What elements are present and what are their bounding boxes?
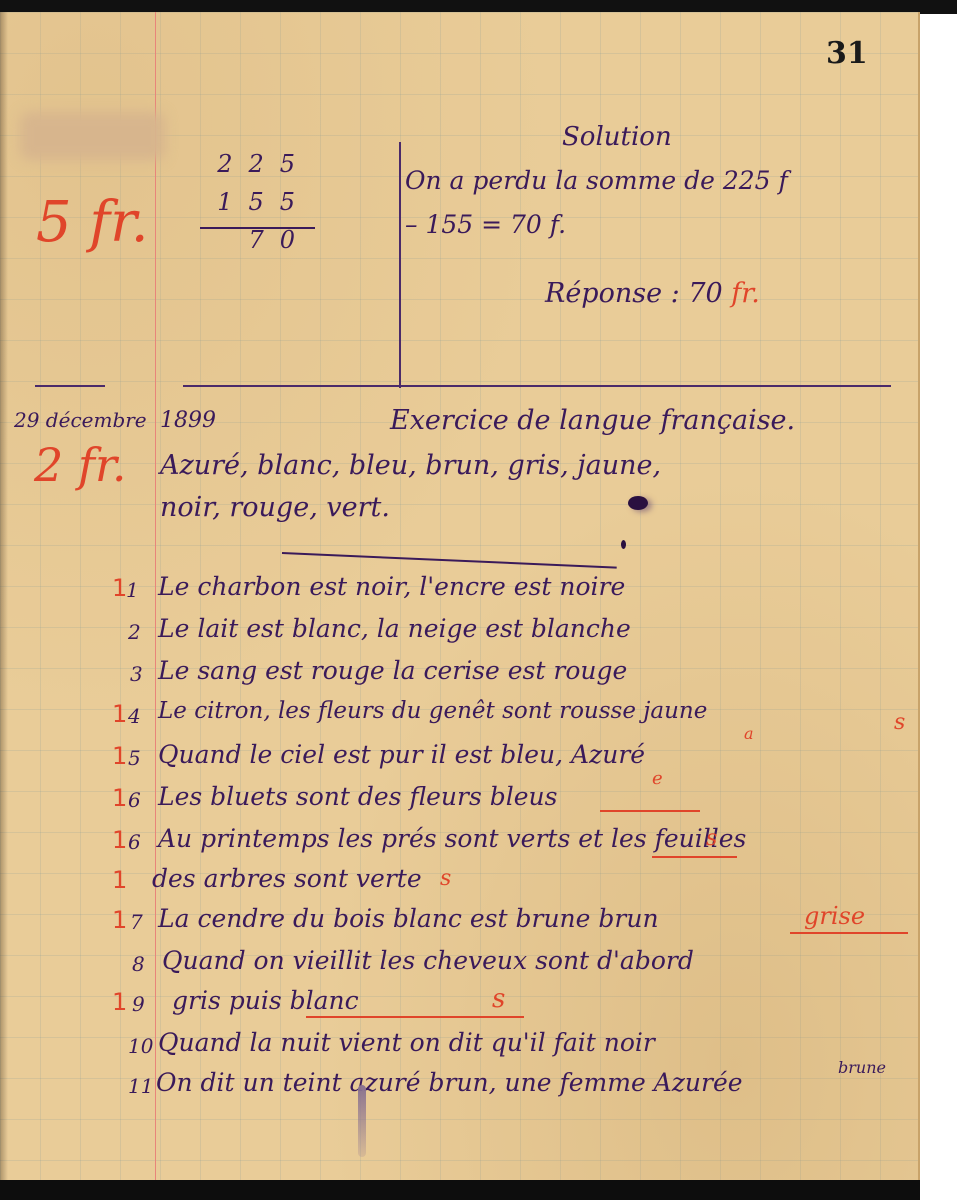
sentence-row: 3 Le sang est rouge la cerise est rouge <box>0 654 918 694</box>
calc-row-1: 225 <box>196 150 311 188</box>
sentence-text: Au printemps les prés sont verts et les … <box>158 824 746 853</box>
sentence-row: 1 4 Le citron, les fleurs du genêt sont … <box>0 696 918 736</box>
exercise-year: 1899 <box>160 408 216 433</box>
redacted-name <box>20 112 165 160</box>
sentence-row: 1 9 gris puis blanc s <box>0 984 918 1024</box>
sentence-number: 6 <box>128 788 141 812</box>
sentence-text: Le charbon est noir, l'encre est noire <box>158 572 625 601</box>
grade-mark: 1 <box>112 784 127 812</box>
grade-mark: 1 <box>112 700 127 728</box>
vertical-divider <box>399 142 401 388</box>
sentence-text: Quand le ciel est pur il est bleu, Azuré <box>158 740 645 769</box>
solution-line-1: On a perdu la somme de 225 f <box>405 166 788 195</box>
answer-unit: fr. <box>731 278 760 309</box>
correction: brune <box>838 1058 886 1077</box>
calc-result: 70 <box>196 226 311 264</box>
calc-row-2: 155 <box>196 188 311 226</box>
sentence-text: gris puis blanc <box>172 986 359 1015</box>
correction: a <box>744 724 754 743</box>
sentence-number: 5 <box>128 746 141 770</box>
sentence-row: 10 Quand la nuit vient on dit qu'il fait… <box>0 1026 918 1066</box>
grade-mark: 1 <box>112 866 127 894</box>
problem-grade: 5 fr. <box>36 190 149 255</box>
correction-underline <box>600 810 700 812</box>
section-divider <box>183 385 891 387</box>
word-list-line-2: noir, rouge, vert. <box>160 492 390 523</box>
sentence-row: 8 Quand on vieillit les cheveux sont d'a… <box>0 944 918 984</box>
correction: grise <box>804 902 865 930</box>
sentence-number: 11 <box>128 1074 153 1098</box>
sentence-text: Le sang est rouge la cerise est rouge <box>158 656 627 685</box>
grade-mark: 1 <box>112 574 127 602</box>
sentence-row: 1 6 Au printemps les prés sont verts et … <box>0 822 918 862</box>
sentence-row: 1 des arbres sont verte s <box>0 862 918 902</box>
sentence-number: 3 <box>130 662 143 686</box>
exercise-title: Exercice de langue française. <box>390 405 795 436</box>
calculation: 225 155 70 <box>196 150 311 264</box>
correction: s <box>492 984 505 1014</box>
sentence-row: 11 On dit un teint azuré brun, une femme… <box>0 1066 918 1106</box>
correction-underline <box>652 856 737 858</box>
sentence-text: Quand la nuit vient on dit qu'il fait no… <box>158 1028 655 1057</box>
solution-line-2: – 155 = 70 f. <box>405 210 566 239</box>
sentence-number: 6 <box>128 830 141 854</box>
sentence-text: Le lait est blanc, la neige est blanche <box>158 614 631 643</box>
answer-text: Réponse : 70 <box>545 278 723 309</box>
sentence-text: On dit un teint azuré brun, une femme Az… <box>156 1068 743 1097</box>
exercise-date: 29 décembre <box>14 408 147 432</box>
sentence-number: 4 <box>128 704 141 728</box>
sentence-row: 1 6 Les bluets sont des fleurs bleus e <box>0 780 918 820</box>
sentence-number: 7 <box>130 910 143 934</box>
sentence-number: 1 <box>126 578 139 602</box>
sentence-number: 10 <box>128 1034 153 1058</box>
sentence-text: des arbres sont verte <box>152 864 422 893</box>
sentence-number: 9 <box>132 992 145 1016</box>
sentence-text: La cendre du bois blanc est brune brun <box>158 904 659 933</box>
sentence-row: 2 Le lait est blanc, la neige est blanch… <box>0 612 918 652</box>
ink-dot <box>621 540 626 549</box>
sentence-row: 1 5 Quand le ciel est pur il est bleu, A… <box>0 738 918 778</box>
calc-rule <box>200 227 315 229</box>
page-number: 31 <box>826 36 868 71</box>
sentence-number: 8 <box>132 952 145 976</box>
section-divider-left <box>35 385 105 387</box>
grade-mark: 1 <box>112 906 127 934</box>
ink-streak <box>358 1085 366 1157</box>
correction: s <box>894 710 905 735</box>
solution-answer: Réponse : 70 fr. <box>545 278 760 309</box>
sentence-row: 1 1 Le charbon est noir, l'encre est noi… <box>0 570 918 610</box>
grade-mark: 1 <box>112 988 127 1016</box>
grade-mark: 1 <box>112 742 127 770</box>
ink-blot <box>628 496 648 510</box>
grade-mark: 1 <box>112 826 127 854</box>
sentence-number: 2 <box>128 620 141 644</box>
scan-bottom-edge <box>0 1180 920 1200</box>
exercise-grade: 2 fr. <box>34 438 126 492</box>
solution-title: Solution <box>562 122 672 152</box>
correction-underline <box>306 1016 524 1018</box>
correction: s <box>706 826 717 851</box>
word-list-line-1: Azuré, blanc, bleu, brun, gris, jaune, <box>160 450 661 481</box>
correction: e <box>652 768 663 789</box>
sentence-text: Les bluets sont des fleurs bleus <box>158 782 557 811</box>
correction-underline <box>790 932 908 934</box>
sentence-row: 1 7 La cendre du bois blanc est brune br… <box>0 902 918 942</box>
sentence-text: Quand on vieillit les cheveux sont d'abo… <box>162 946 694 975</box>
sentence-text: Le citron, les fleurs du genêt sont rous… <box>158 698 707 724</box>
correction: s <box>440 866 451 891</box>
